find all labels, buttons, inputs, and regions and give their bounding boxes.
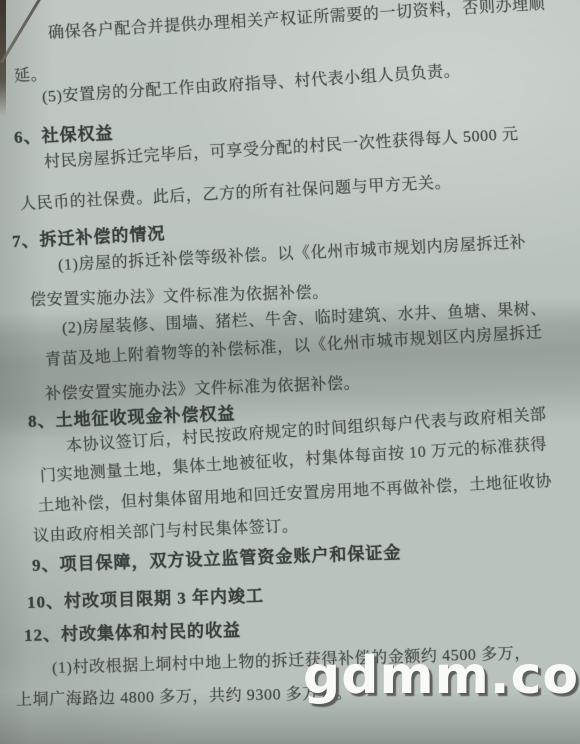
section-heading: 6、社保权益 (13, 119, 113, 148)
document-line: 人民币的社保费。此后，乙方的所有社保问题与甲方无关。 (19, 169, 451, 214)
document-line: 补偿安置实施办法》文件标准为依据补偿。 (45, 370, 361, 404)
document-line: 议由政府相关部门与村民集体签订。 (33, 513, 299, 546)
photo-of-document: 确保各户配合并提供办理相关产权证所需要的一切资料，否则办理顺 延。 (5)安置房… (0, 0, 580, 744)
paper-crease (0, 0, 43, 64)
document-line: 上垌广海路边 4800 多万，共约 9300 多万元。 (16, 680, 353, 710)
section-heading: 12、村改集体和村民的收益 (24, 616, 242, 646)
watermark: gdmm.com (303, 648, 580, 705)
section-heading: 10、村改项目限期 3 年内竣工 (27, 581, 265, 613)
document-line: 确保各户配合并提供办理相关产权证所需要的一切资料，否则办理顺 (47, 0, 546, 43)
document-line: 村民房屋拆迁完毕后，可享受分配的村民一次性获得每人 5000 元 (43, 121, 519, 172)
document-line: 延。 (13, 61, 47, 86)
document-line: (5)安置房的分配工作由政府指导、村代表小组人员负责。 (41, 58, 460, 107)
